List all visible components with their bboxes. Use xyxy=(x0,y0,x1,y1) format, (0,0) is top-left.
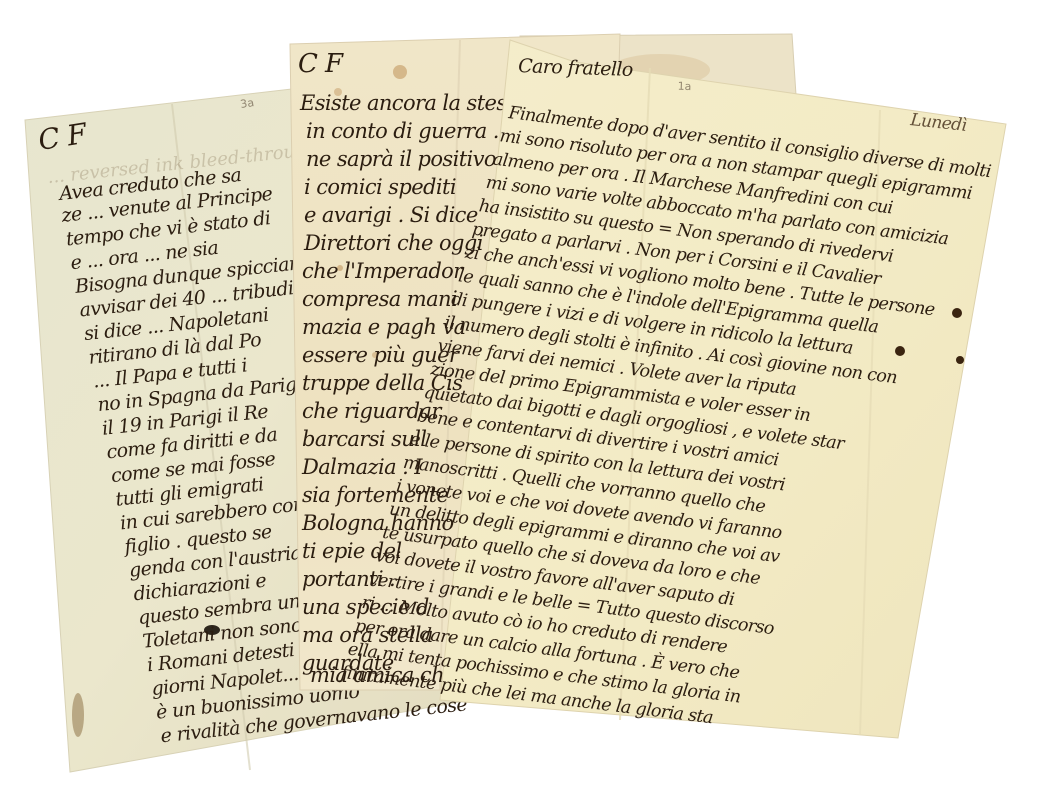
photo-stage: C F 3a ... reversed ink bleed-through ..… xyxy=(0,0,1040,800)
letter-sheet-right: Caro fratello 1a Lunedì Finalmente dopo … xyxy=(0,0,1040,800)
right-salutation: Caro fratello xyxy=(518,55,633,81)
right-sheet-graphic: Caro fratello 1a Lunedì Finalmente dopo … xyxy=(0,0,1040,800)
right-pencil-note: 1a xyxy=(677,80,691,93)
